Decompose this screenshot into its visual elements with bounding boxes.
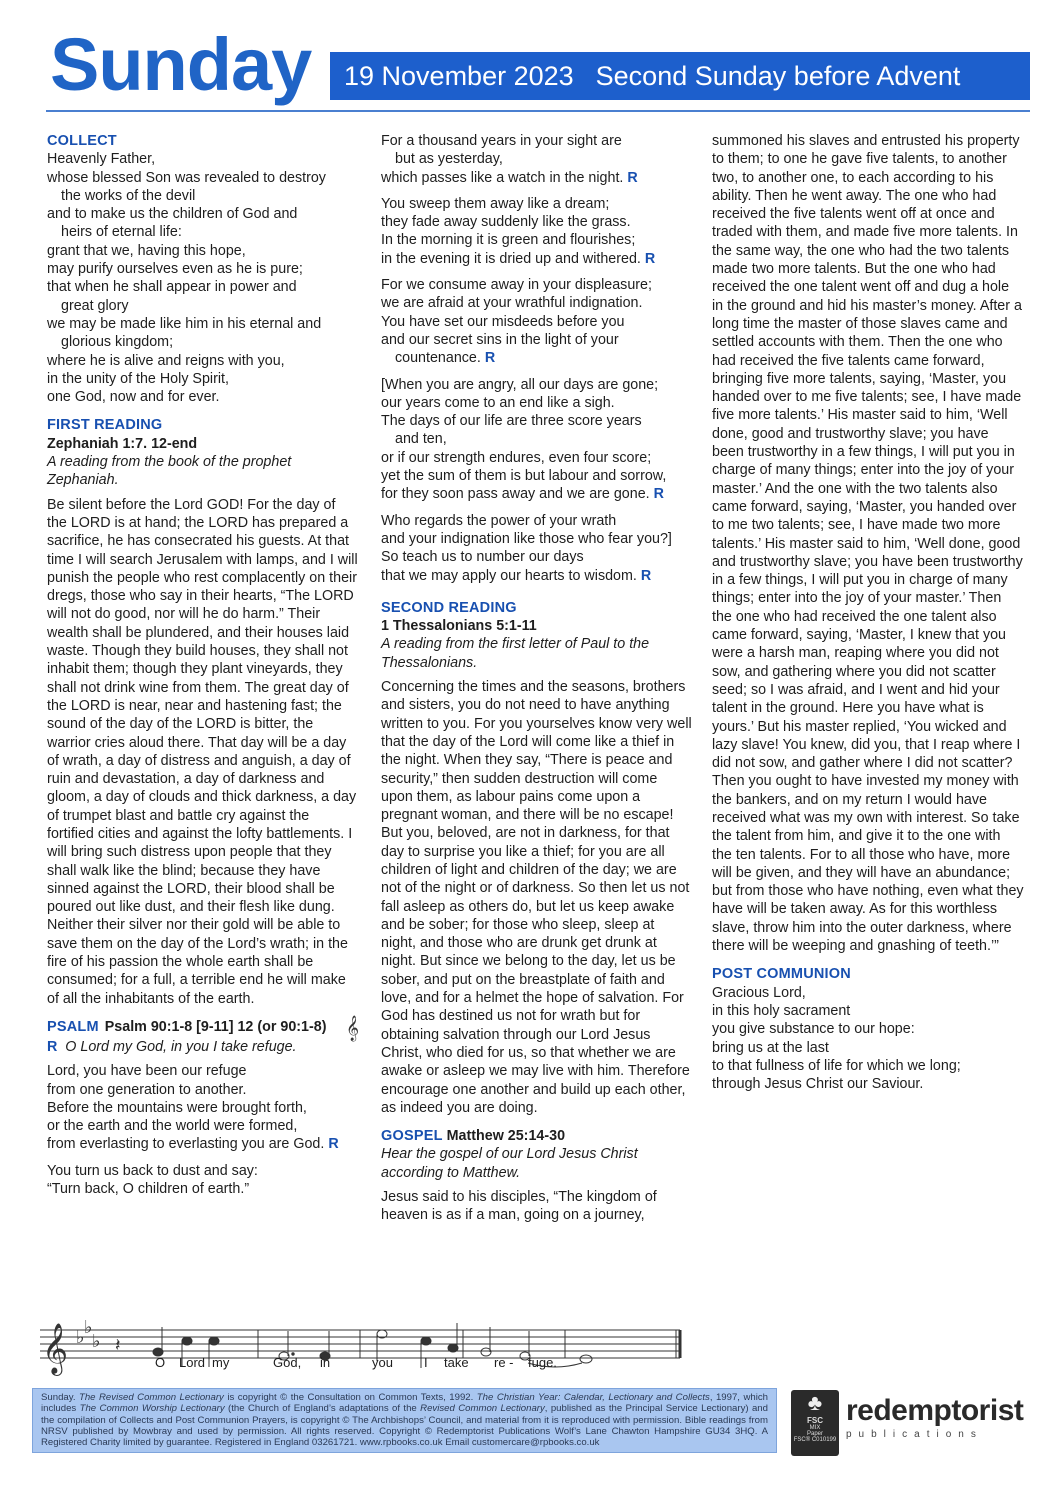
publisher-name: redemptorist — [846, 1395, 1023, 1427]
post-communion-heading: POST COMMUNION — [712, 965, 1024, 983]
response-text: O Lord my God, in you I take refuge. — [65, 1039, 296, 1055]
psalm-line: or if our strength endures, even four sc… — [381, 449, 693, 467]
copyright-notice: Sunday. The Revised Common Lectionary is… — [32, 1388, 777, 1453]
collect-line: whose blessed Son was revealed to destro… — [47, 169, 359, 187]
first-reading-intro: A reading from the book of the prophet Z… — [47, 453, 359, 490]
psalm-line: in the evening it is dried up and wither… — [381, 250, 693, 268]
occasion-label: Second Sunday before Advent — [596, 61, 961, 91]
response-music-staff: 𝄞 ♭ ♭ ♭ 𝄽 O Lord my God, in you I take r… — [30, 1305, 690, 1380]
response-marker: R — [324, 1136, 338, 1152]
treble-clef-icon: 𝄞 — [346, 1018, 359, 1038]
column-2: For a thousand years in your sight arebu… — [381, 132, 693, 1225]
collect-line: and to make us the children of God and — [47, 205, 359, 223]
psalm-line: So teach us to number our days — [381, 548, 693, 566]
gospel-reference: Matthew 25:14-30 — [447, 1128, 565, 1144]
collect-heading: COLLECT — [47, 132, 359, 150]
psalm-line: but as yesterday, — [381, 150, 693, 168]
lyric-syllable: take — [444, 1355, 469, 1370]
gospel-text-part2: summoned his slaves and entrusted his pr… — [712, 132, 1024, 955]
first-reading-heading: FIRST READING — [47, 416, 359, 434]
psalm-line: and ten, — [381, 430, 693, 448]
gospel-text-part1: Jesus said to his disciples, “The kingdo… — [381, 1188, 693, 1225]
psalm-line: yet the sum of them is but labour and so… — [381, 467, 693, 485]
copyright-segment: The Christian Year: Calendar, Lectionary… — [477, 1392, 710, 1403]
collect-line: grant that we, having this hope, — [47, 242, 359, 260]
day-title: Sunday — [50, 28, 311, 102]
post-communion-line: in this holy sacrament — [712, 1002, 1024, 1020]
collect-line: may purify ourselves even as he is pure; — [47, 260, 359, 278]
music-lyrics: O Lord my God, in you I take re - fuge. — [30, 1355, 690, 1375]
copyright-segment: is copyright © the Consultation on Commo… — [224, 1392, 477, 1403]
psalm-line: Before the mountains were brought forth, — [47, 1099, 359, 1117]
psalm-heading: PSALM — [47, 1018, 99, 1036]
psalm-line: Lord, you have been our refuge — [47, 1062, 359, 1080]
lyric-syllable: O — [155, 1355, 165, 1370]
lyric-syllable: God, — [273, 1355, 301, 1370]
lyric-syllable: my — [212, 1355, 229, 1370]
svg-text:𝄽: 𝄽 — [115, 1335, 121, 1356]
collect-line: we may be made like him in his eternal a… — [47, 315, 359, 333]
psalm-line: You turn us back to dust and say: — [47, 1162, 359, 1180]
psalm-stanza: [When you are angry, all our days are go… — [381, 376, 693, 504]
header-rule — [46, 110, 1030, 112]
second-reading-reference: 1 Thessalonians 5:1-11 — [381, 617, 693, 635]
column-1: COLLECT Heavenly Father,whose blessed So… — [47, 132, 359, 1206]
post-communion-line: bring us at the last — [712, 1039, 1024, 1057]
column-3: summoned his slaves and entrusted his pr… — [712, 132, 1024, 1093]
copyright-segment: Sunday. — [41, 1392, 79, 1403]
publisher-subtitle: publications — [846, 1429, 1023, 1440]
collect-line: the works of the devil — [47, 187, 359, 205]
psalm-line: from everlasting to everlasting you are … — [47, 1135, 359, 1153]
copyright-segment: The Revised Common Lectionary — [79, 1392, 224, 1403]
page-header: Sunday 19 November 2023Second Sunday bef… — [46, 34, 1030, 114]
psalm-line: “Turn back, O children of earth.” — [47, 1180, 359, 1198]
lyric-syllable: fuge. — [528, 1355, 557, 1370]
lyric-syllable: Lord — [179, 1355, 205, 1370]
svg-text:♭: ♭ — [92, 1331, 101, 1352]
collect-line: Heavenly Father, — [47, 150, 359, 168]
psalm-line: [When you are angry, all our days are go… — [381, 376, 693, 394]
fsc-badge: ♣ FSC MIX Paper FSC® C010199 — [791, 1390, 839, 1456]
post-communion-line: through Jesus Christ our Saviour. — [712, 1075, 1024, 1093]
second-reading-intro: A reading from the first letter of Paul … — [381, 635, 693, 672]
psalm-stanzas-col2: For a thousand years in your sight arebu… — [381, 132, 693, 585]
psalm-line: or the earth and the world were formed, — [47, 1117, 359, 1135]
gospel-header: GOSPEL Matthew 25:14-30 — [381, 1127, 693, 1145]
collect-line: great glory — [47, 297, 359, 315]
first-reading-reference: Zephaniah 1:7. 12-end — [47, 435, 359, 453]
psalm-header: PSALM Psalm 90:1-8 [9-11] 12 (or 90:1-8)… — [47, 1018, 359, 1038]
lyric-syllable: re - — [494, 1355, 514, 1370]
second-reading-text: Concerning the times and the seasons, br… — [381, 678, 693, 1117]
response-marker: R — [641, 251, 655, 267]
psalm-stanzas-col1: Lord, you have been our refugefrom one g… — [47, 1062, 359, 1198]
first-reading-text: Be silent before the Lord GOD! For the d… — [47, 496, 359, 1008]
copyright-segment: (the Church of England’s adaptations of … — [225, 1403, 420, 1414]
collect-line: one God, now and for ever. — [47, 388, 359, 406]
psalm-line: countenance. R — [381, 349, 693, 367]
collect-text: Heavenly Father,whose blessed Son was re… — [47, 150, 359, 406]
psalm-stanza: You sweep them away like a dream;they fa… — [381, 195, 693, 268]
psalm-stanza: You turn us back to dust and say:“Turn b… — [47, 1162, 359, 1199]
second-reading-heading: SECOND READING — [381, 599, 693, 617]
psalm-stanza: Lord, you have been our refugefrom one g… — [47, 1062, 359, 1153]
psalm-line: which passes like a watch in the night. … — [381, 169, 693, 187]
collect-line: glorious kingdom; — [47, 333, 359, 351]
fsc-label: FSC — [791, 1416, 839, 1425]
psalm-response: R O Lord my God, in you I take refuge. — [47, 1038, 359, 1056]
psalm-line: For a thousand years in your sight are — [381, 132, 693, 150]
date-label: 19 November 2023 — [344, 61, 574, 91]
psalm-stanza: Who regards the power of your wrathand y… — [381, 512, 693, 585]
gospel-heading: GOSPEL — [381, 1128, 443, 1144]
publisher-logo: redemptorist publications — [846, 1395, 1023, 1440]
lyric-syllable: in — [320, 1355, 330, 1370]
fsc-tree-icon: ♣ — [791, 1390, 839, 1416]
psalm-line: and your indignation like those who fear… — [381, 530, 693, 548]
response-marker: R — [650, 486, 664, 502]
response-marker: R — [47, 1039, 57, 1055]
psalm-line: that we may apply our hearts to wisdom. … — [381, 567, 693, 585]
response-marker: R — [637, 568, 651, 584]
collect-line: where he is alive and reigns with you, — [47, 352, 359, 370]
psalm-line: our years come to an end like a sigh. — [381, 394, 693, 412]
response-marker: R — [623, 170, 637, 186]
date-banner: 19 November 2023Second Sunday before Adv… — [330, 52, 1030, 100]
psalm-line: In the morning it is green and flourishe… — [381, 231, 693, 249]
collect-line: in the unity of the Holy Spirit, — [47, 370, 359, 388]
psalm-line: For we consume away in your displeasure; — [381, 276, 693, 294]
psalm-line: You have set our misdeeds before you — [381, 313, 693, 331]
post-communion-line: you give substance to our hope: — [712, 1020, 1024, 1038]
lyric-syllable: I — [424, 1355, 428, 1370]
psalm-line: they fade away suddenly like the grass. — [381, 213, 693, 231]
fsc-code: FSC® C010199 — [791, 1437, 839, 1443]
post-communion-line: Gracious Lord, — [712, 984, 1024, 1002]
collect-line: that when he shall appear in power and — [47, 278, 359, 296]
psalm-line: for they soon pass away and we are gone.… — [381, 485, 693, 503]
copyright-segment: The Common Worship Lectionary — [80, 1403, 225, 1414]
response-marker: R — [481, 350, 495, 366]
gospel-intro: Hear the gospel of our Lord Jesus Christ… — [381, 1145, 693, 1182]
psalm-line: Who regards the power of your wrath — [381, 512, 693, 530]
psalm-line: and our secret sins in the light of your — [381, 331, 693, 349]
psalm-line: from one generation to another. — [47, 1081, 359, 1099]
post-communion-text: Gracious Lord,in this holy sacramentyou … — [712, 984, 1024, 1094]
psalm-line: You sweep them away like a dream; — [381, 195, 693, 213]
psalm-stanza: For a thousand years in your sight arebu… — [381, 132, 693, 187]
post-communion-line: to that fullness of life for which we lo… — [712, 1057, 1024, 1075]
psalm-line: The days of our life are three score yea… — [381, 412, 693, 430]
psalm-stanza: For we consume away in your displeasure;… — [381, 276, 693, 367]
lyric-syllable: you — [372, 1355, 393, 1370]
collect-line: heirs of eternal life: — [47, 223, 359, 241]
psalm-reference: Psalm 90:1-8 [9-11] 12 (or 90:1-8) — [105, 1018, 342, 1036]
psalm-line: we are afraid at your wrathful indignati… — [381, 294, 693, 312]
copyright-segment: Revised Common Lectionary — [420, 1403, 545, 1414]
